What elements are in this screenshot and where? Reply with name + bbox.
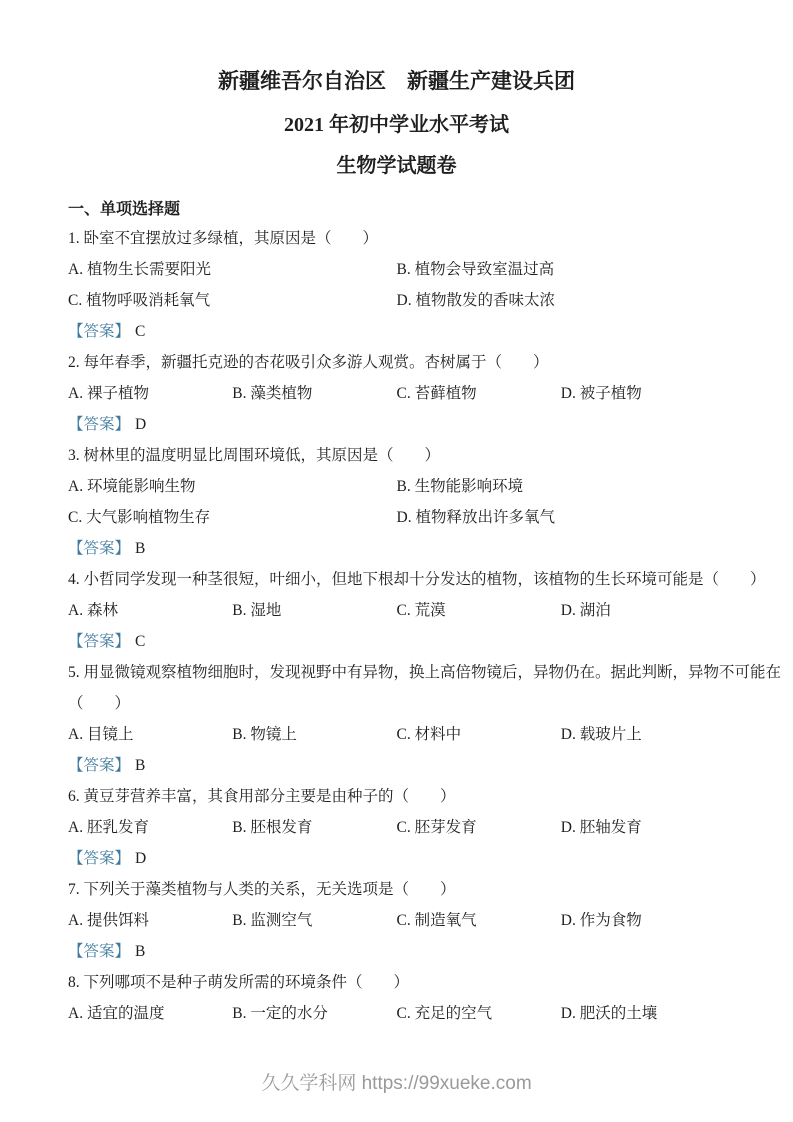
option: D. 植物散发的香味太浓 (397, 285, 726, 316)
question-5: 5. 用显微镜观察植物细胞时，发现视野中有异物，换上高倍物镜后，异物仍在。据此判… (68, 657, 725, 781)
option: C. 制造氧气 (397, 905, 561, 936)
option: D. 胚轴发育 (561, 812, 725, 843)
question-2: 2. 每年春季，新疆托克逊的杏花吸引众多游人观赏。杏树属于（ ）A. 裸子植物B… (68, 347, 725, 440)
answer-letter: B (135, 757, 145, 774)
answer-letter: C (135, 323, 145, 340)
option-row: A. 目镜上B. 物镜上C. 材料中D. 载玻片上 (68, 719, 725, 750)
option-row: A. 适宜的温度B. 一定的水分C. 充足的空气D. 肥沃的土壤 (68, 998, 725, 1029)
exam-paper-page: 新疆维吾尔自治区 新疆生产建设兵团 2021 年初中学业水平考试 生物学试题卷 … (0, 0, 793, 1122)
option: B. 植物会导致室温过高 (397, 254, 726, 285)
option-row: A. 森林B. 湿地C. 荒漠D. 湖泊 (68, 595, 725, 626)
answer-letter: B (135, 540, 145, 557)
watermark-text: 久久学科网 https://99xueke.com (0, 1068, 793, 1095)
answer-letter: D (135, 416, 146, 433)
answer-label: 【答案】 (68, 943, 130, 960)
answer-line: 【答案】B (68, 936, 725, 967)
option: C. 大气影响植物生存 (68, 502, 397, 533)
option-row: C. 大气影响植物生存D. 植物释放出许多氧气 (68, 502, 725, 533)
option: C. 充足的空气 (397, 998, 561, 1029)
answer-line: 【答案】B (68, 533, 725, 564)
option: B. 生物能影响环境 (397, 471, 726, 502)
answer-label: 【答案】 (68, 757, 130, 774)
option-row: A. 胚乳发育B. 胚根发育C. 胚芽发育D. 胚轴发育 (68, 812, 725, 843)
option: A. 提供饵料 (68, 905, 232, 936)
option: B. 胚根发育 (232, 812, 396, 843)
exam-title-subject: 生物学试题卷 (68, 151, 725, 181)
option-row: A. 提供饵料B. 监测空气C. 制造氧气D. 作为食物 (68, 905, 725, 936)
question-stem: 6. 黄豆芽营养丰富，其食用部分主要是由种子的（ ） (68, 781, 725, 812)
option: B. 物镜上 (232, 719, 396, 750)
answer-label: 【答案】 (68, 540, 130, 557)
option: B. 湿地 (232, 595, 396, 626)
option: D. 载玻片上 (561, 719, 725, 750)
question-1: 1. 卧室不宜摆放过多绿植，其原因是（ ）A. 植物生长需要阳光B. 植物会导致… (68, 223, 725, 347)
question-8: 8. 下列哪项不是种子萌发所需的环境条件（ ）A. 适宜的温度B. 一定的水分C… (68, 967, 725, 1029)
answer-letter: B (135, 943, 145, 960)
option: D. 植物释放出许多氧气 (397, 502, 726, 533)
answer-line: 【答案】C (68, 626, 725, 657)
questions-list: 1. 卧室不宜摆放过多绿植，其原因是（ ）A. 植物生长需要阳光B. 植物会导致… (68, 223, 725, 1029)
answer-label: 【答案】 (68, 850, 130, 867)
option: C. 苔藓植物 (397, 378, 561, 409)
option: D. 湖泊 (561, 595, 725, 626)
question-stem: 4. 小哲同学发现一种茎很短，叶细小，但地下根却十分发达的植物，该植物的生长环境… (68, 564, 725, 595)
option: C. 材料中 (397, 719, 561, 750)
option: C. 胚芽发育 (397, 812, 561, 843)
section-heading: 一、单项选择题 (68, 197, 725, 223)
option: A. 裸子植物 (68, 378, 232, 409)
option: D. 肥沃的土壤 (561, 998, 725, 1029)
question-stem: 1. 卧室不宜摆放过多绿植，其原因是（ ） (68, 223, 725, 254)
option: C. 荒漠 (397, 595, 561, 626)
question-stem: 7. 下列关于藻类植物与人类的关系，无关选项是（ ） (68, 874, 725, 905)
answer-letter: D (135, 850, 146, 867)
answer-line: 【答案】B (68, 750, 725, 781)
question-6: 6. 黄豆芽营养丰富，其食用部分主要是由种子的（ ）A. 胚乳发育B. 胚根发育… (68, 781, 725, 874)
option: A. 目镜上 (68, 719, 232, 750)
answer-line: 【答案】D (68, 409, 725, 440)
option: B. 一定的水分 (232, 998, 396, 1029)
question-stem: 2. 每年春季，新疆托克逊的杏花吸引众多游人观赏。杏树属于（ ） (68, 347, 725, 378)
exam-title-region: 新疆维吾尔自治区 新疆生产建设兵团 (68, 66, 725, 96)
answer-label: 【答案】 (68, 416, 130, 433)
question-4: 4. 小哲同学发现一种茎很短，叶细小，但地下根却十分发达的植物，该植物的生长环境… (68, 564, 725, 657)
option: A. 适宜的温度 (68, 998, 232, 1029)
option-row: A. 裸子植物B. 藻类植物C. 苔藓植物D. 被子植物 (68, 378, 725, 409)
exam-title-year: 2021 年初中学业水平考试 (68, 110, 725, 140)
option: A. 环境能影响生物 (68, 471, 397, 502)
question-stem: 8. 下列哪项不是种子萌发所需的环境条件（ ） (68, 967, 725, 998)
option-row: C. 植物呼吸消耗氧气D. 植物散发的香味太浓 (68, 285, 725, 316)
answer-label: 【答案】 (68, 633, 130, 650)
option: B. 监测空气 (232, 905, 396, 936)
question-7: 7. 下列关于藻类植物与人类的关系，无关选项是（ ）A. 提供饵料B. 监测空气… (68, 874, 725, 967)
question-stem: （ ） (68, 688, 725, 719)
answer-label: 【答案】 (68, 323, 130, 340)
option: C. 植物呼吸消耗氧气 (68, 285, 397, 316)
option: B. 藻类植物 (232, 378, 396, 409)
option: D. 作为食物 (561, 905, 725, 936)
option: A. 胚乳发育 (68, 812, 232, 843)
question-stem: 5. 用显微镜观察植物细胞时，发现视野中有异物，换上高倍物镜后，异物仍在。据此判… (68, 657, 725, 688)
question-stem: 3. 树林里的温度明显比周围环境低，其原因是（ ） (68, 440, 725, 471)
question-3: 3. 树林里的温度明显比周围环境低，其原因是（ ）A. 环境能影响生物B. 生物… (68, 440, 725, 564)
answer-line: 【答案】C (68, 316, 725, 347)
option-row: A. 环境能影响生物B. 生物能影响环境 (68, 471, 725, 502)
option: D. 被子植物 (561, 378, 725, 409)
option: A. 森林 (68, 595, 232, 626)
option-row: A. 植物生长需要阳光B. 植物会导致室温过高 (68, 254, 725, 285)
answer-letter: C (135, 633, 145, 650)
answer-line: 【答案】D (68, 843, 725, 874)
option: A. 植物生长需要阳光 (68, 254, 397, 285)
